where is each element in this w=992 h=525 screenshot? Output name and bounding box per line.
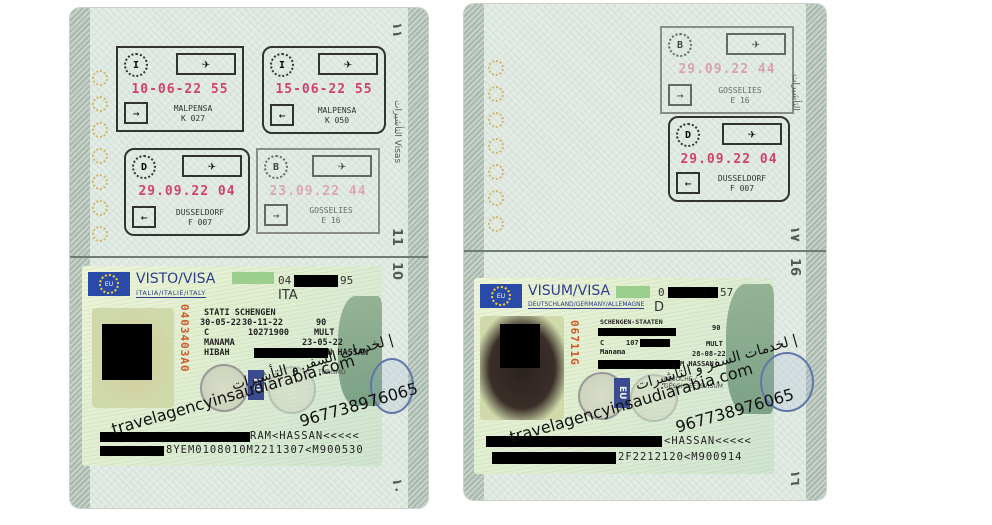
entry-stamp: I ✈ 10-06-22 55 → MALPENSAK 027: [116, 46, 244, 132]
mrz-redaction: [100, 446, 164, 456]
visa-number-suffix: 57: [720, 286, 733, 299]
photo-redaction: [500, 324, 540, 368]
page-fold: [464, 250, 826, 252]
page-number: ١٠: [389, 478, 404, 494]
visa-number-prefix: 0: [658, 286, 665, 299]
stamp-place: MALPENSAK 050: [294, 106, 380, 126]
country-badge: I: [270, 53, 294, 77]
page-number: ١١: [389, 22, 404, 38]
redaction-bar: [598, 328, 676, 336]
valid-until: 30-11-22: [242, 318, 283, 328]
exit-stamp: D ✈ 29.09.22 04 ← DUSSELDORFF 007: [668, 116, 790, 202]
visa-number-suffix: 95: [340, 274, 353, 287]
redaction-bar: [294, 275, 338, 287]
issued-in: MANAMA: [204, 338, 235, 348]
hologram-strip: [616, 286, 650, 298]
visa-type: C: [204, 328, 209, 338]
eu-flag-icon: EU: [88, 272, 130, 296]
visa-title: VISTO/VISA: [136, 271, 215, 287]
stamp-date: 10-06-22 55: [118, 82, 242, 97]
stamp-place: DUSSELDORFF 007: [156, 208, 244, 228]
entry-arrow-icon: →: [668, 84, 692, 106]
visa-issuing-country: DEUTSCHLAND/GERMANY/ALLEMAGNE: [528, 301, 644, 309]
visa-serial: 0403403A0: [178, 304, 191, 373]
perforation-stars: [488, 60, 502, 232]
country-badge: D: [132, 155, 156, 179]
country-code: D: [654, 300, 664, 315]
stamp-date: 29.09.22 04: [126, 184, 248, 199]
entry-stamp: B ✈ 23.09.22 44 → GOSSELIESE 16: [256, 148, 380, 234]
stamp-date: 15-06-22 55: [264, 82, 384, 97]
redaction-bar: [668, 287, 718, 298]
hologram-strip: [232, 272, 274, 284]
valid-for: STATI SCHENGEN: [204, 308, 276, 318]
valid-for: SCHENGEN-STAATEN: [600, 318, 663, 326]
page-number: ١٦: [787, 470, 802, 486]
visa-issuing-country: ITALIA/ITALIE/ITALY: [136, 289, 206, 298]
stamp-place: MALPENSAK 027: [148, 104, 238, 124]
entry-stamp: B ✈ 29.09.22 44 → GOSSELIESE 16: [660, 26, 794, 114]
exit-arrow-icon: ←: [676, 172, 700, 194]
airplane-icon: ✈: [312, 155, 372, 177]
page-number: 16: [787, 258, 802, 276]
exit-arrow-icon: ←: [270, 104, 294, 126]
stamp-date: 29.09.22 04: [670, 152, 788, 167]
stamp-date: 29.09.22 44: [662, 62, 792, 77]
country-badge: D: [676, 123, 700, 147]
stamp-date: 23.09.22 44: [258, 184, 378, 199]
visa-title: VISUM/VISA: [528, 283, 610, 299]
valid-from: 30-05-22: [200, 318, 241, 328]
country-code: ITA: [278, 288, 298, 303]
duration-days: 90: [316, 318, 326, 328]
duration-days: 90: [712, 324, 720, 332]
entry-arrow-icon: →: [264, 204, 288, 226]
mrz-line-2: 8YEM0108010M2211307<M900530: [166, 444, 364, 456]
visa-serial: 06711G: [568, 320, 581, 366]
airplane-icon: ✈: [722, 123, 782, 145]
exit-stamp: I ✈ 15-06-22 55 ← MALPENSAK 050: [262, 46, 386, 134]
perforation-stars: [92, 70, 106, 242]
page-fold: [70, 256, 428, 258]
page-number: 10: [389, 262, 404, 280]
exit-arrow-icon: ←: [132, 206, 156, 228]
given-name: HIBAH: [204, 348, 230, 358]
issued-in: Manama: [600, 348, 625, 356]
passport-number: 107: [626, 339, 639, 347]
country-badge: B: [264, 155, 288, 179]
airplane-icon: ✈: [182, 155, 242, 177]
mrz-line-2: 2F2212120<M900914: [618, 451, 742, 463]
redaction-bar: [640, 339, 670, 347]
passport-edge: [408, 8, 428, 508]
airplane-icon: ✈: [318, 53, 378, 75]
entries: MULT: [706, 340, 723, 348]
visa-type: C: [600, 339, 604, 347]
mrz-redaction: [492, 452, 616, 464]
passport-edge: [806, 4, 826, 500]
stamp-place: GOSSELIESE 16: [692, 86, 788, 106]
exit-stamp: D ✈ 29.09.22 04 ← DUSSELDORFF 007: [124, 148, 250, 236]
visa-number-prefix: 04: [278, 274, 291, 287]
page-number: ١٧: [787, 226, 802, 242]
airplane-icon: ✈: [176, 53, 236, 75]
country-badge: I: [124, 53, 148, 77]
mrz-line-1: <HASSAN<<<<<: [664, 435, 752, 447]
entries: MULT: [314, 328, 334, 338]
passport-number: 10271900: [248, 328, 289, 338]
airplane-icon: ✈: [726, 33, 786, 55]
country-badge: B: [668, 33, 692, 57]
page-number: 11: [389, 228, 404, 246]
stamp-place: DUSSELDORFF 007: [700, 174, 784, 194]
visas-label: التأشيرات Visas: [392, 100, 402, 163]
stamp-place: GOSSELIESE 16: [288, 206, 374, 226]
photo-redaction: [102, 324, 152, 380]
eu-flag-icon: EU: [480, 284, 522, 308]
mrz-line-1: RAM<HASSAN<<<<<: [250, 430, 360, 442]
entry-arrow-icon: →: [124, 102, 148, 124]
